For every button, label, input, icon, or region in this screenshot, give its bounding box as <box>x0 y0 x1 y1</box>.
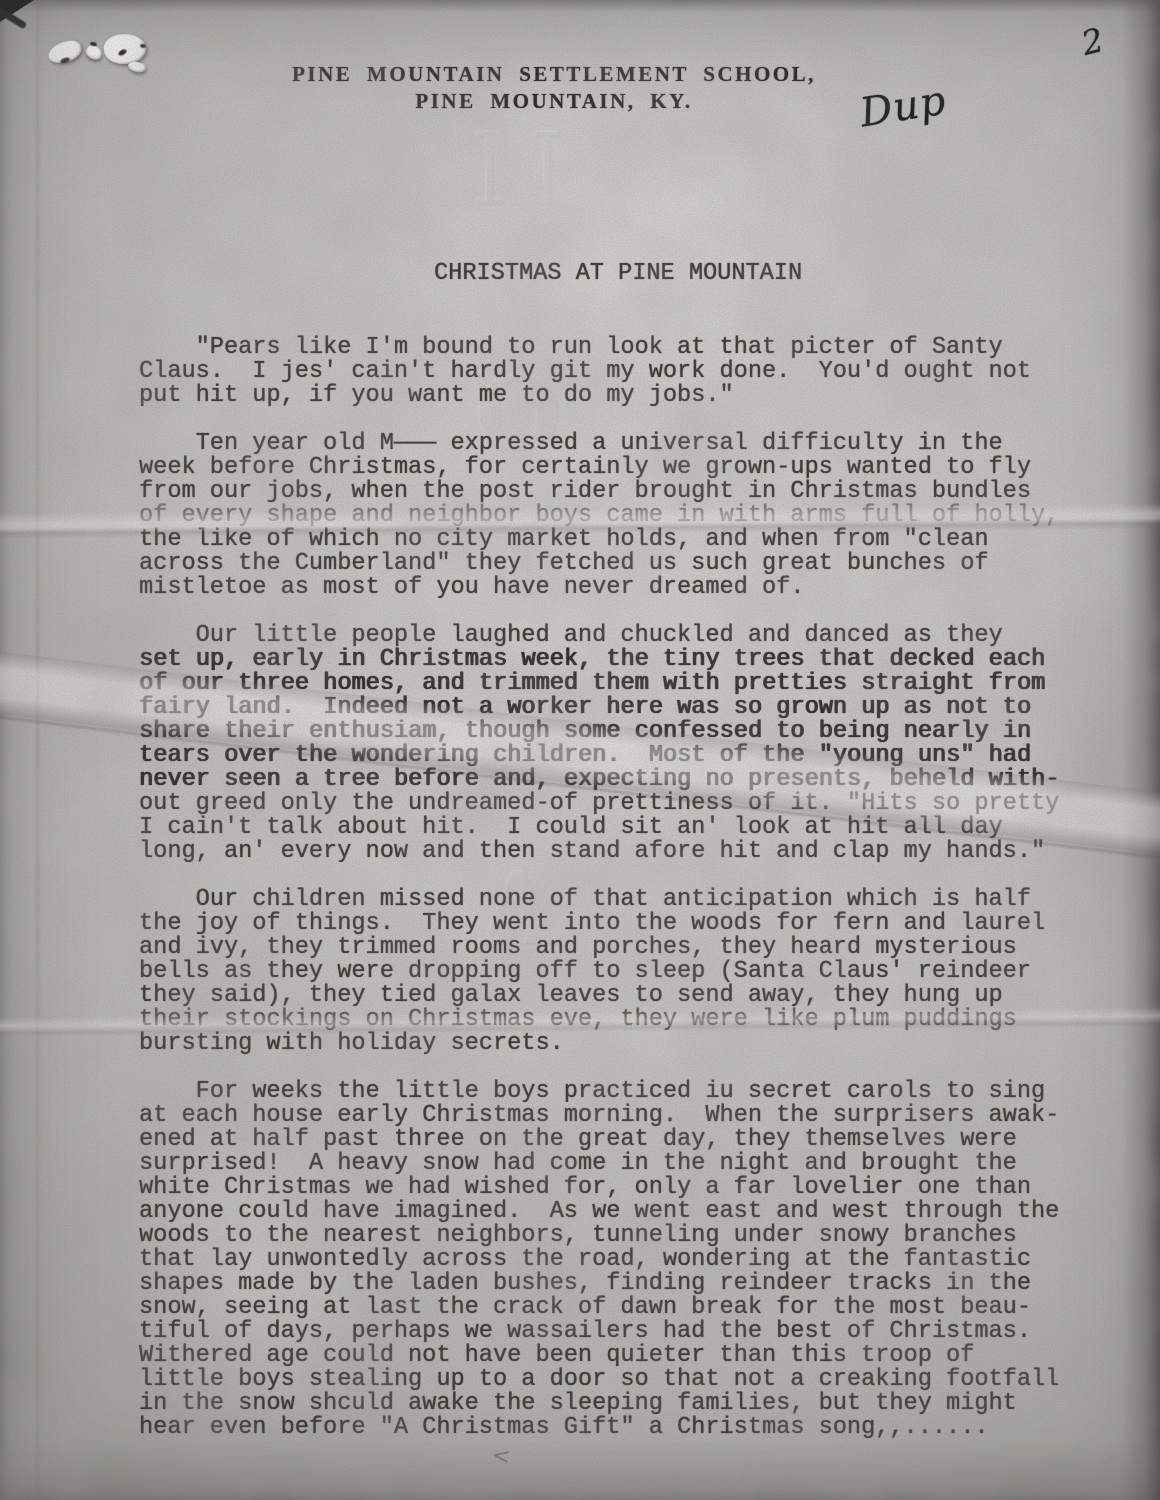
scanned-document-page: NOITA PINE MOUNTAIN SETTLEMENT SCHOOL, P… <box>0 0 1160 1500</box>
paper-grain-texture <box>0 0 1160 1500</box>
